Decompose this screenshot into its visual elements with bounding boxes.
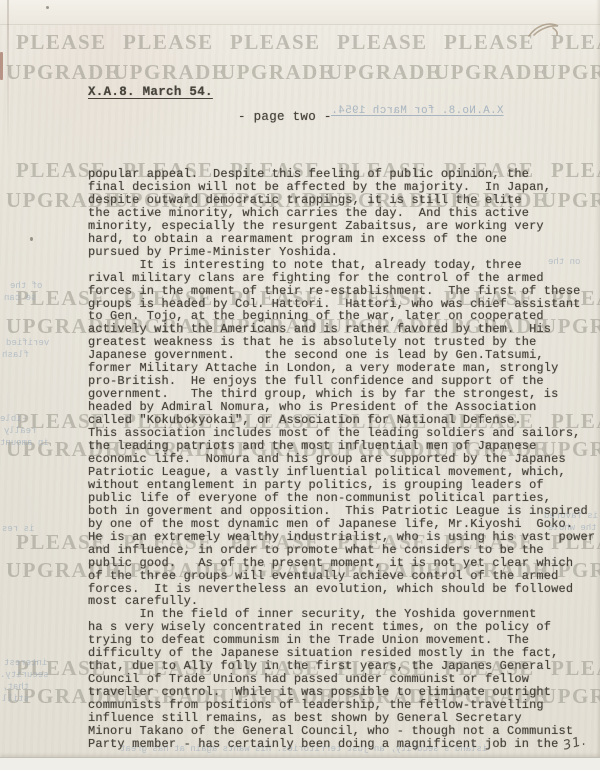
body-line: Party member - has certainly been doing … (88, 738, 593, 751)
body-line: pursued by Prime-Minister Yoshida. (88, 246, 593, 259)
body-line: public good. As of the present moment, i… (88, 557, 593, 570)
body-line: minority, especially the resurgent Zabai… (88, 220, 593, 233)
body-line: forces in the moment of their re-establi… (88, 285, 593, 298)
scanned-document-page: PLEASEPLEASEPLEASEPLEASEPLEASEPLEASEUPGR… (0, 0, 600, 770)
body-line: without entanglement in party politics, … (88, 479, 593, 492)
doc-reference: X.A.8. March 54. (88, 85, 213, 99)
body-line: and influence, in order to promote what … (88, 544, 593, 557)
body-line: rival military clans are fighting for th… (88, 272, 593, 285)
pencil-mark-icon (527, 20, 563, 40)
body-line: by one of the most dynamic men of Japane… (88, 518, 593, 531)
body-line: the active minority, which carries the d… (88, 207, 593, 220)
body-line: both in goverment and opposition. This P… (88, 505, 593, 518)
body-line: popular appeal. Despite this feeling of … (88, 168, 593, 181)
body-line: public life of everyone of the non-commu… (88, 492, 593, 505)
body-line: final decision will not be affected by t… (88, 181, 593, 194)
page-label: - page two - (238, 110, 332, 124)
body-line: economic life. Nomura and his group are … (88, 453, 593, 466)
body-line: He is an extremely wealthy industrialist… (88, 531, 593, 544)
typed-text-layer: X.A.8. March 54. - page two - popular ap… (0, 0, 600, 770)
body-line: despite outward democratic trappings, it… (88, 194, 593, 207)
body-line: Patriotic League, a vastly influential p… (88, 466, 593, 479)
body-line: of the three groups will eventually achi… (88, 570, 593, 583)
body-text: popular appeal. Despite this feeling of … (88, 168, 593, 751)
body-line: Minoru Takano of the General Council, wh… (88, 725, 593, 738)
body-line: hard, to obtain a rearmament program in … (88, 233, 593, 246)
body-line: It is interesting to note that, already … (88, 259, 593, 272)
